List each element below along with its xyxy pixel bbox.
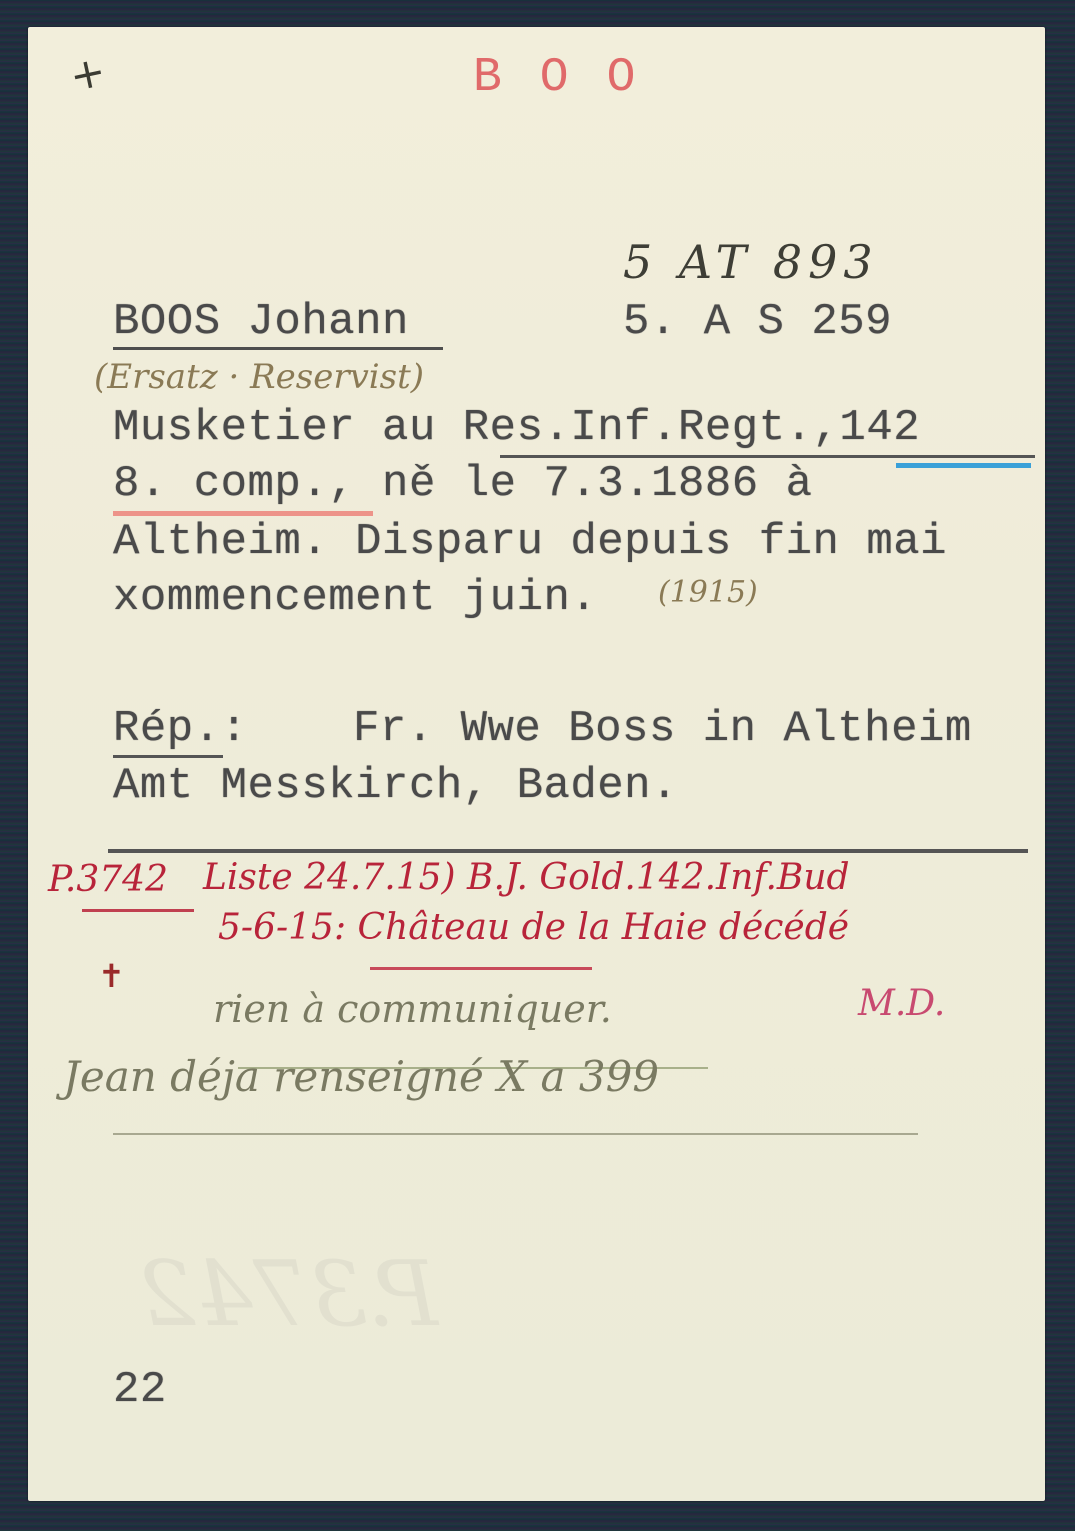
reply-line-1: Fr. Wwe Boss in Altheim <box>353 702 972 756</box>
annotation-line-2: 5-6-15: Château de la Haie décédé <box>218 907 849 948</box>
strike-line <box>108 849 1028 853</box>
body-line-4: xommencement juin. <box>113 571 597 625</box>
reference-handwritten: 5 AT 893 <box>623 235 879 289</box>
reply-line-2: Amt Messkirch, Baden. <box>113 759 678 813</box>
annotation-line-3: rien à communiquer. <box>213 987 612 1031</box>
name-underline <box>113 347 443 350</box>
chateau-underline <box>370 967 592 970</box>
body-line-1: Musketier au Res.Inf.Regt.,142 <box>113 401 920 455</box>
death-cross-symbol: ✝ <box>98 957 125 995</box>
body-line-2: 8. comp., ně le 7.3.1886 à <box>113 457 813 511</box>
pencil-line-2 <box>113 1133 918 1135</box>
rank-note: (Ersatz · Reservist) <box>94 357 424 397</box>
index-stamp: BOO <box>473 51 673 105</box>
body-line-3: Altheim. Disparu depuis fin mai <box>113 515 947 569</box>
annotation-line-4: Jean déja renseigné X a 399 <box>63 1052 659 1101</box>
index-card: + BOO 5 AT 893 5. A S 259 BOOS Johann (E… <box>28 27 1045 1501</box>
corner-cross-mark: + <box>65 46 110 101</box>
annotation-line-1: Liste 24.7.15) B.J. Gold.142.Inf.Bud <box>203 857 850 898</box>
blue-pencil-mark <box>896 463 1031 468</box>
card-content: + BOO 5 AT 893 5. A S 259 BOOS Johann (E… <box>28 27 1045 1501</box>
page-reference: P.3742 <box>48 859 168 900</box>
reply-label-underline <box>113 755 223 758</box>
reply-label: Rép.: <box>113 702 248 756</box>
person-name: BOOS Johann <box>113 295 409 349</box>
faint-bleedthrough-text: P.3742 <box>138 1242 438 1347</box>
reference-typed: 5. A S 259 <box>623 295 892 349</box>
page-ref-underline <box>82 909 194 912</box>
initials: M.D. <box>858 983 945 1024</box>
card-number: 22 <box>113 1363 167 1417</box>
year-note: (1915) <box>658 575 758 610</box>
